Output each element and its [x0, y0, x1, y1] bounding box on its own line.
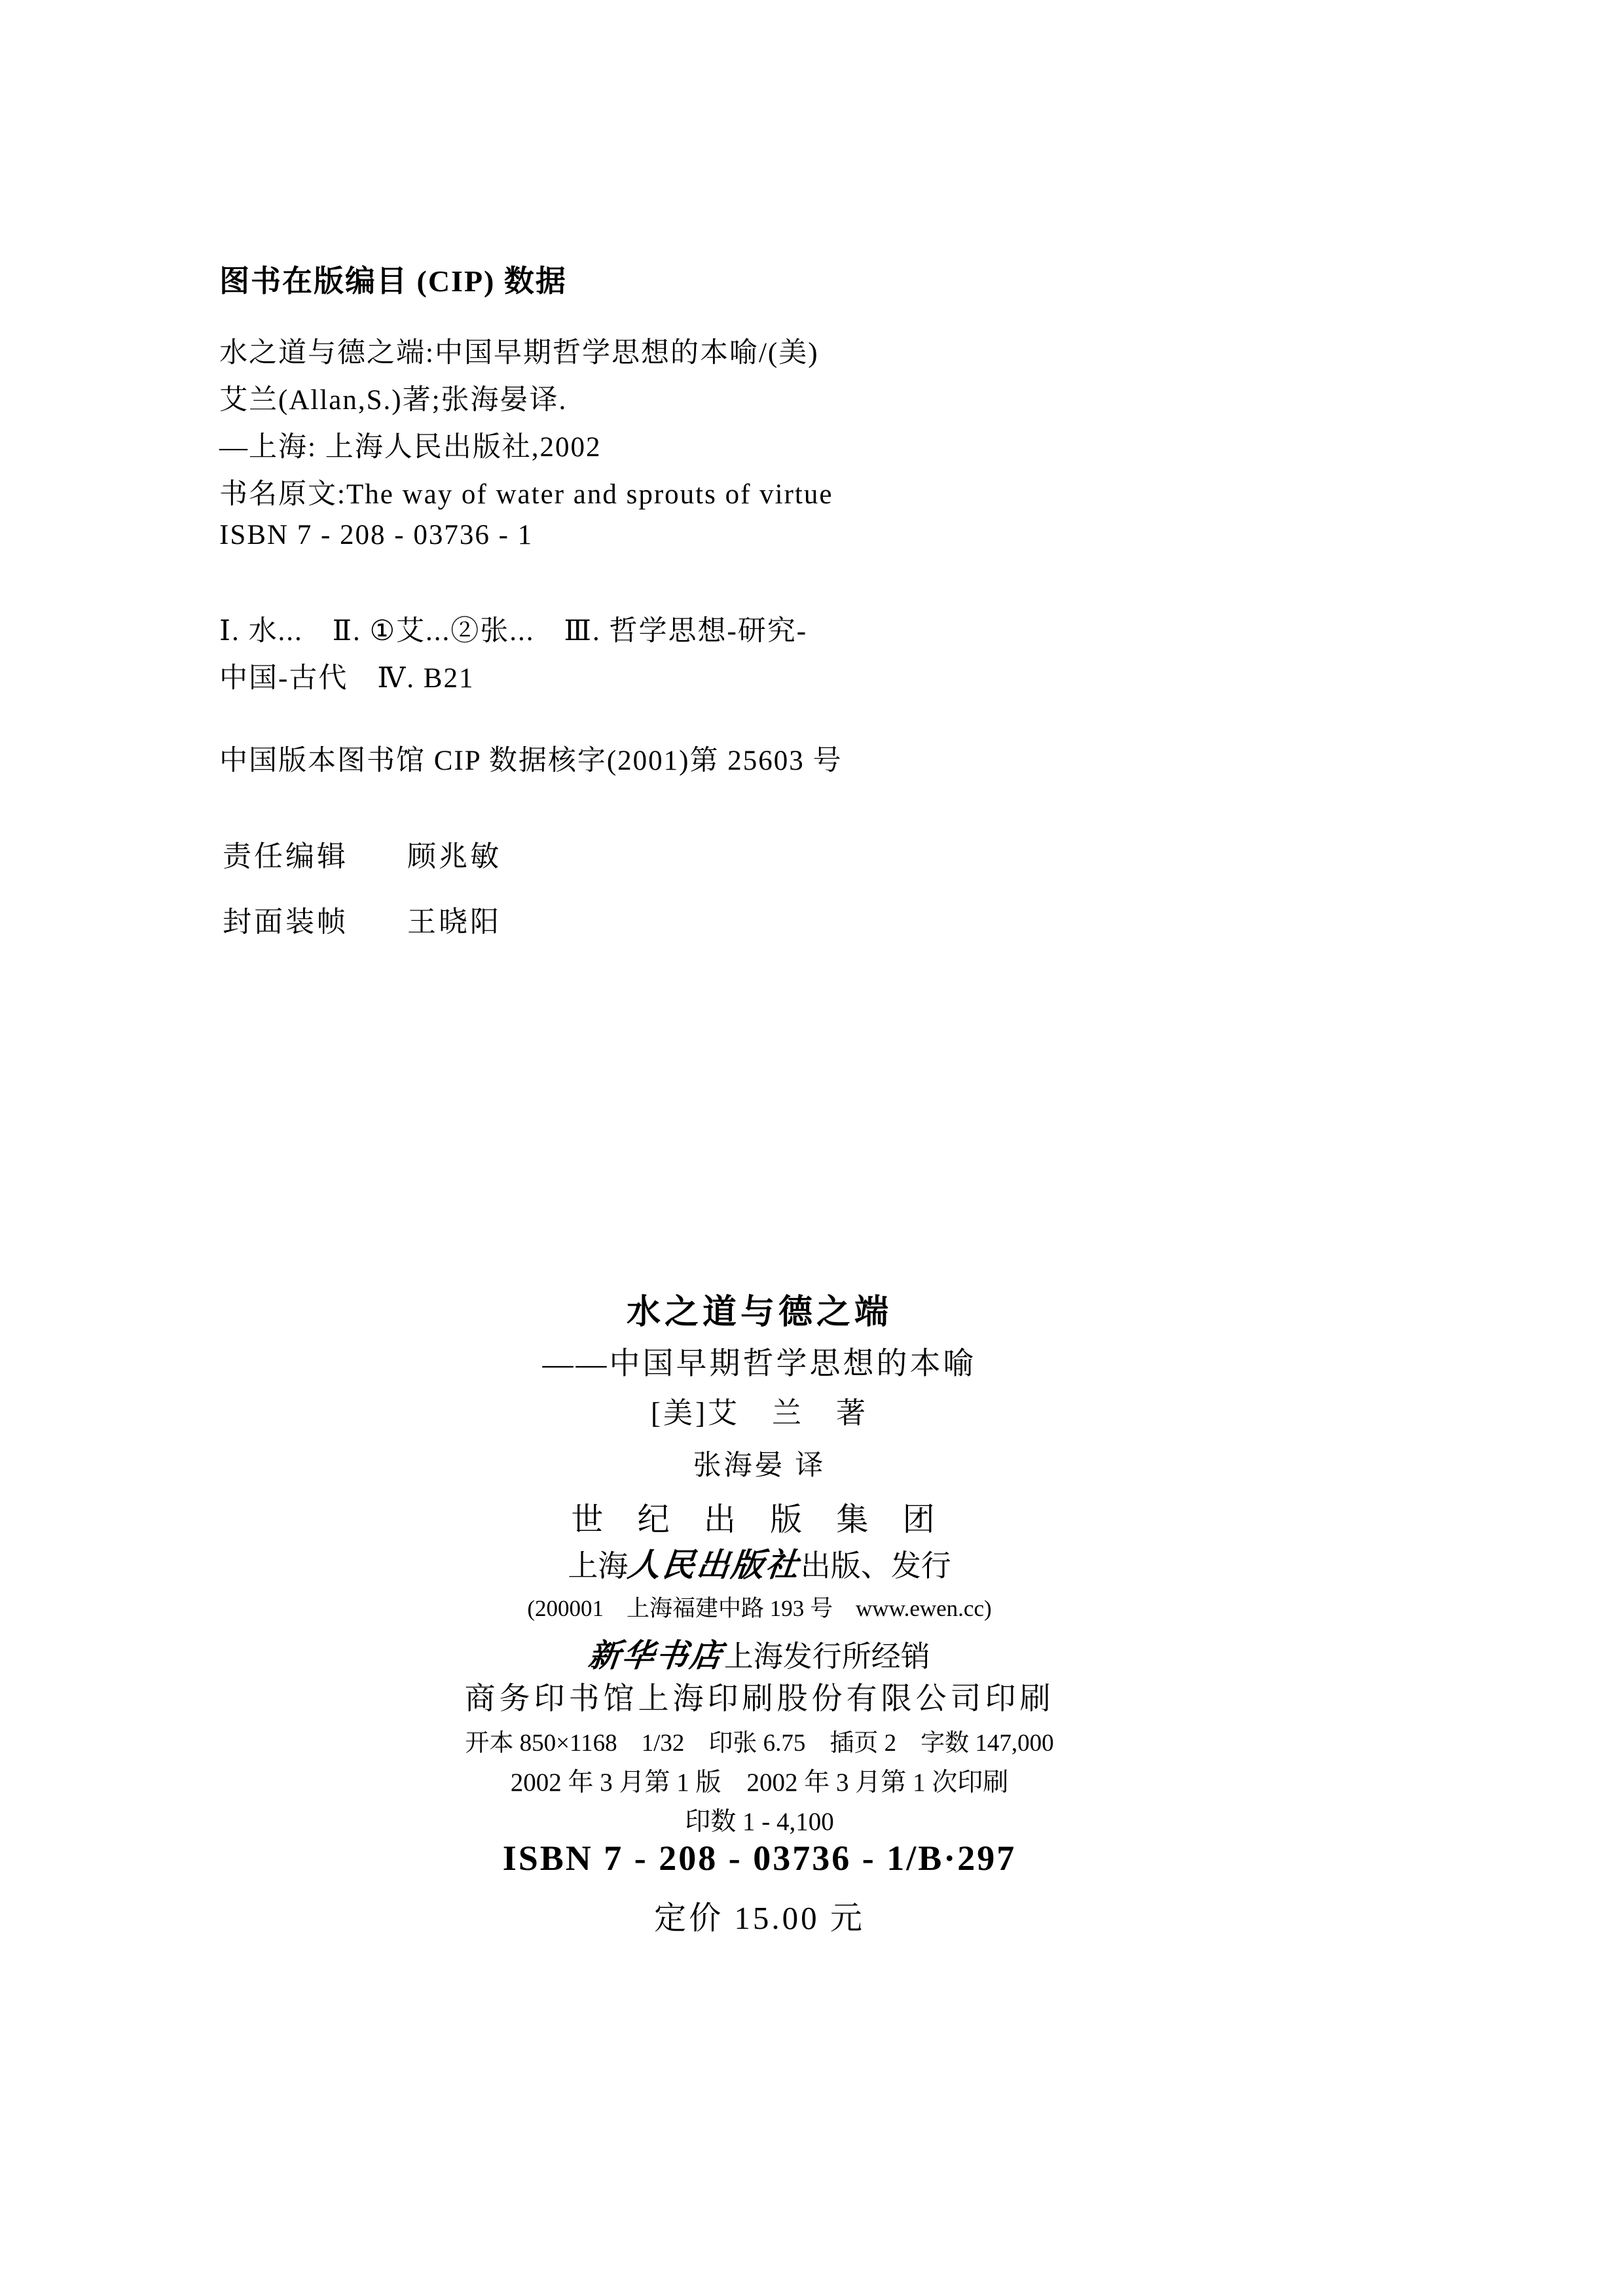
- isbn-line: ISBN 7 - 208 - 03736 - 1/B·297: [503, 1838, 1017, 1878]
- publisher-prefix: 上海: [568, 1549, 628, 1583]
- publisher-logo-script: 人民出版社: [626, 1539, 803, 1586]
- designer-label: 封面装帧: [223, 898, 348, 940]
- xinhua-bookstore-script: 新华书店: [587, 1630, 727, 1676]
- cip-heading: 图书在版编目 (CIP) 数据: [219, 257, 567, 300]
- price-line: 定价 15.00 元: [654, 1893, 865, 1939]
- cip-publisher-line: —上海: 上海人民出版社,2002: [219, 425, 601, 465]
- editor-label: 责任编辑: [223, 833, 348, 874]
- cip-classification-line-2: 中国-古代 Ⅳ. B21: [219, 656, 474, 696]
- printer-line: 商务印书馆上海印刷股份有限公司印刷: [465, 1674, 1055, 1718]
- cip-author-line: 艾兰(Allan,S.)著;张海晏译.: [219, 378, 567, 418]
- format-line: 开本 850×1168 1/32 印张 6.75 插页 2 字数 147,000: [465, 1723, 1053, 1758]
- editor-name: 顾兆敏: [407, 833, 501, 874]
- cip-classification-line-1: Ⅰ. 水... Ⅱ. ①艾...②张... Ⅲ. 哲学思想-研究-: [219, 609, 807, 649]
- editor-credit-row: 责任编辑 顾兆敏: [223, 833, 501, 874]
- distributor-suffix: 上海发行所经销: [724, 1640, 930, 1673]
- book-subtitle: ——中国早期哲学思想的本喻: [543, 1339, 977, 1383]
- designer-credit-row: 封面装帧 王晓阳: [223, 898, 501, 940]
- publisher-group: 世 纪 出 版 集 团: [571, 1494, 947, 1540]
- publisher-suffix: 出版、发行: [801, 1549, 951, 1583]
- designer-name: 王晓阳: [407, 898, 501, 940]
- cip-title-line: 水之道与德之端:中国早期哲学思想的本喻/(美): [219, 331, 819, 370]
- print-run-line: 印数 1 - 4,100: [685, 1801, 834, 1838]
- cip-record-number: 中国版本图书馆 CIP 数据核字(2001)第 25603 号: [219, 738, 842, 778]
- book-title: 水之道与德之端: [627, 1284, 892, 1333]
- publisher-address: (200001 上海福建中路 193 号 www.ewen.cc): [527, 1590, 991, 1623]
- distributor-line: 新华书店上海发行所经销: [589, 1630, 930, 1676]
- edition-line: 2002 年 3 月第 1 版 2002 年 3 月第 1 次印刷: [511, 1762, 1009, 1799]
- publisher-line: 上海人民出版社出版、发行: [568, 1539, 951, 1586]
- cip-original-title-line: 书名原文:The way of water and sprouts of vir…: [219, 472, 833, 512]
- copyright-page: 图书在版编目 (CIP) 数据 水之道与德之端:中国早期哲学思想的本喻/(美) …: [0, 0, 1623, 2296]
- cip-isbn-line: ISBN 7 - 208 - 03736 - 1: [219, 519, 533, 551]
- author-line: [美]艾 兰 著: [651, 1389, 868, 1431]
- translator-line: 张海晏 译: [693, 1443, 826, 1483]
